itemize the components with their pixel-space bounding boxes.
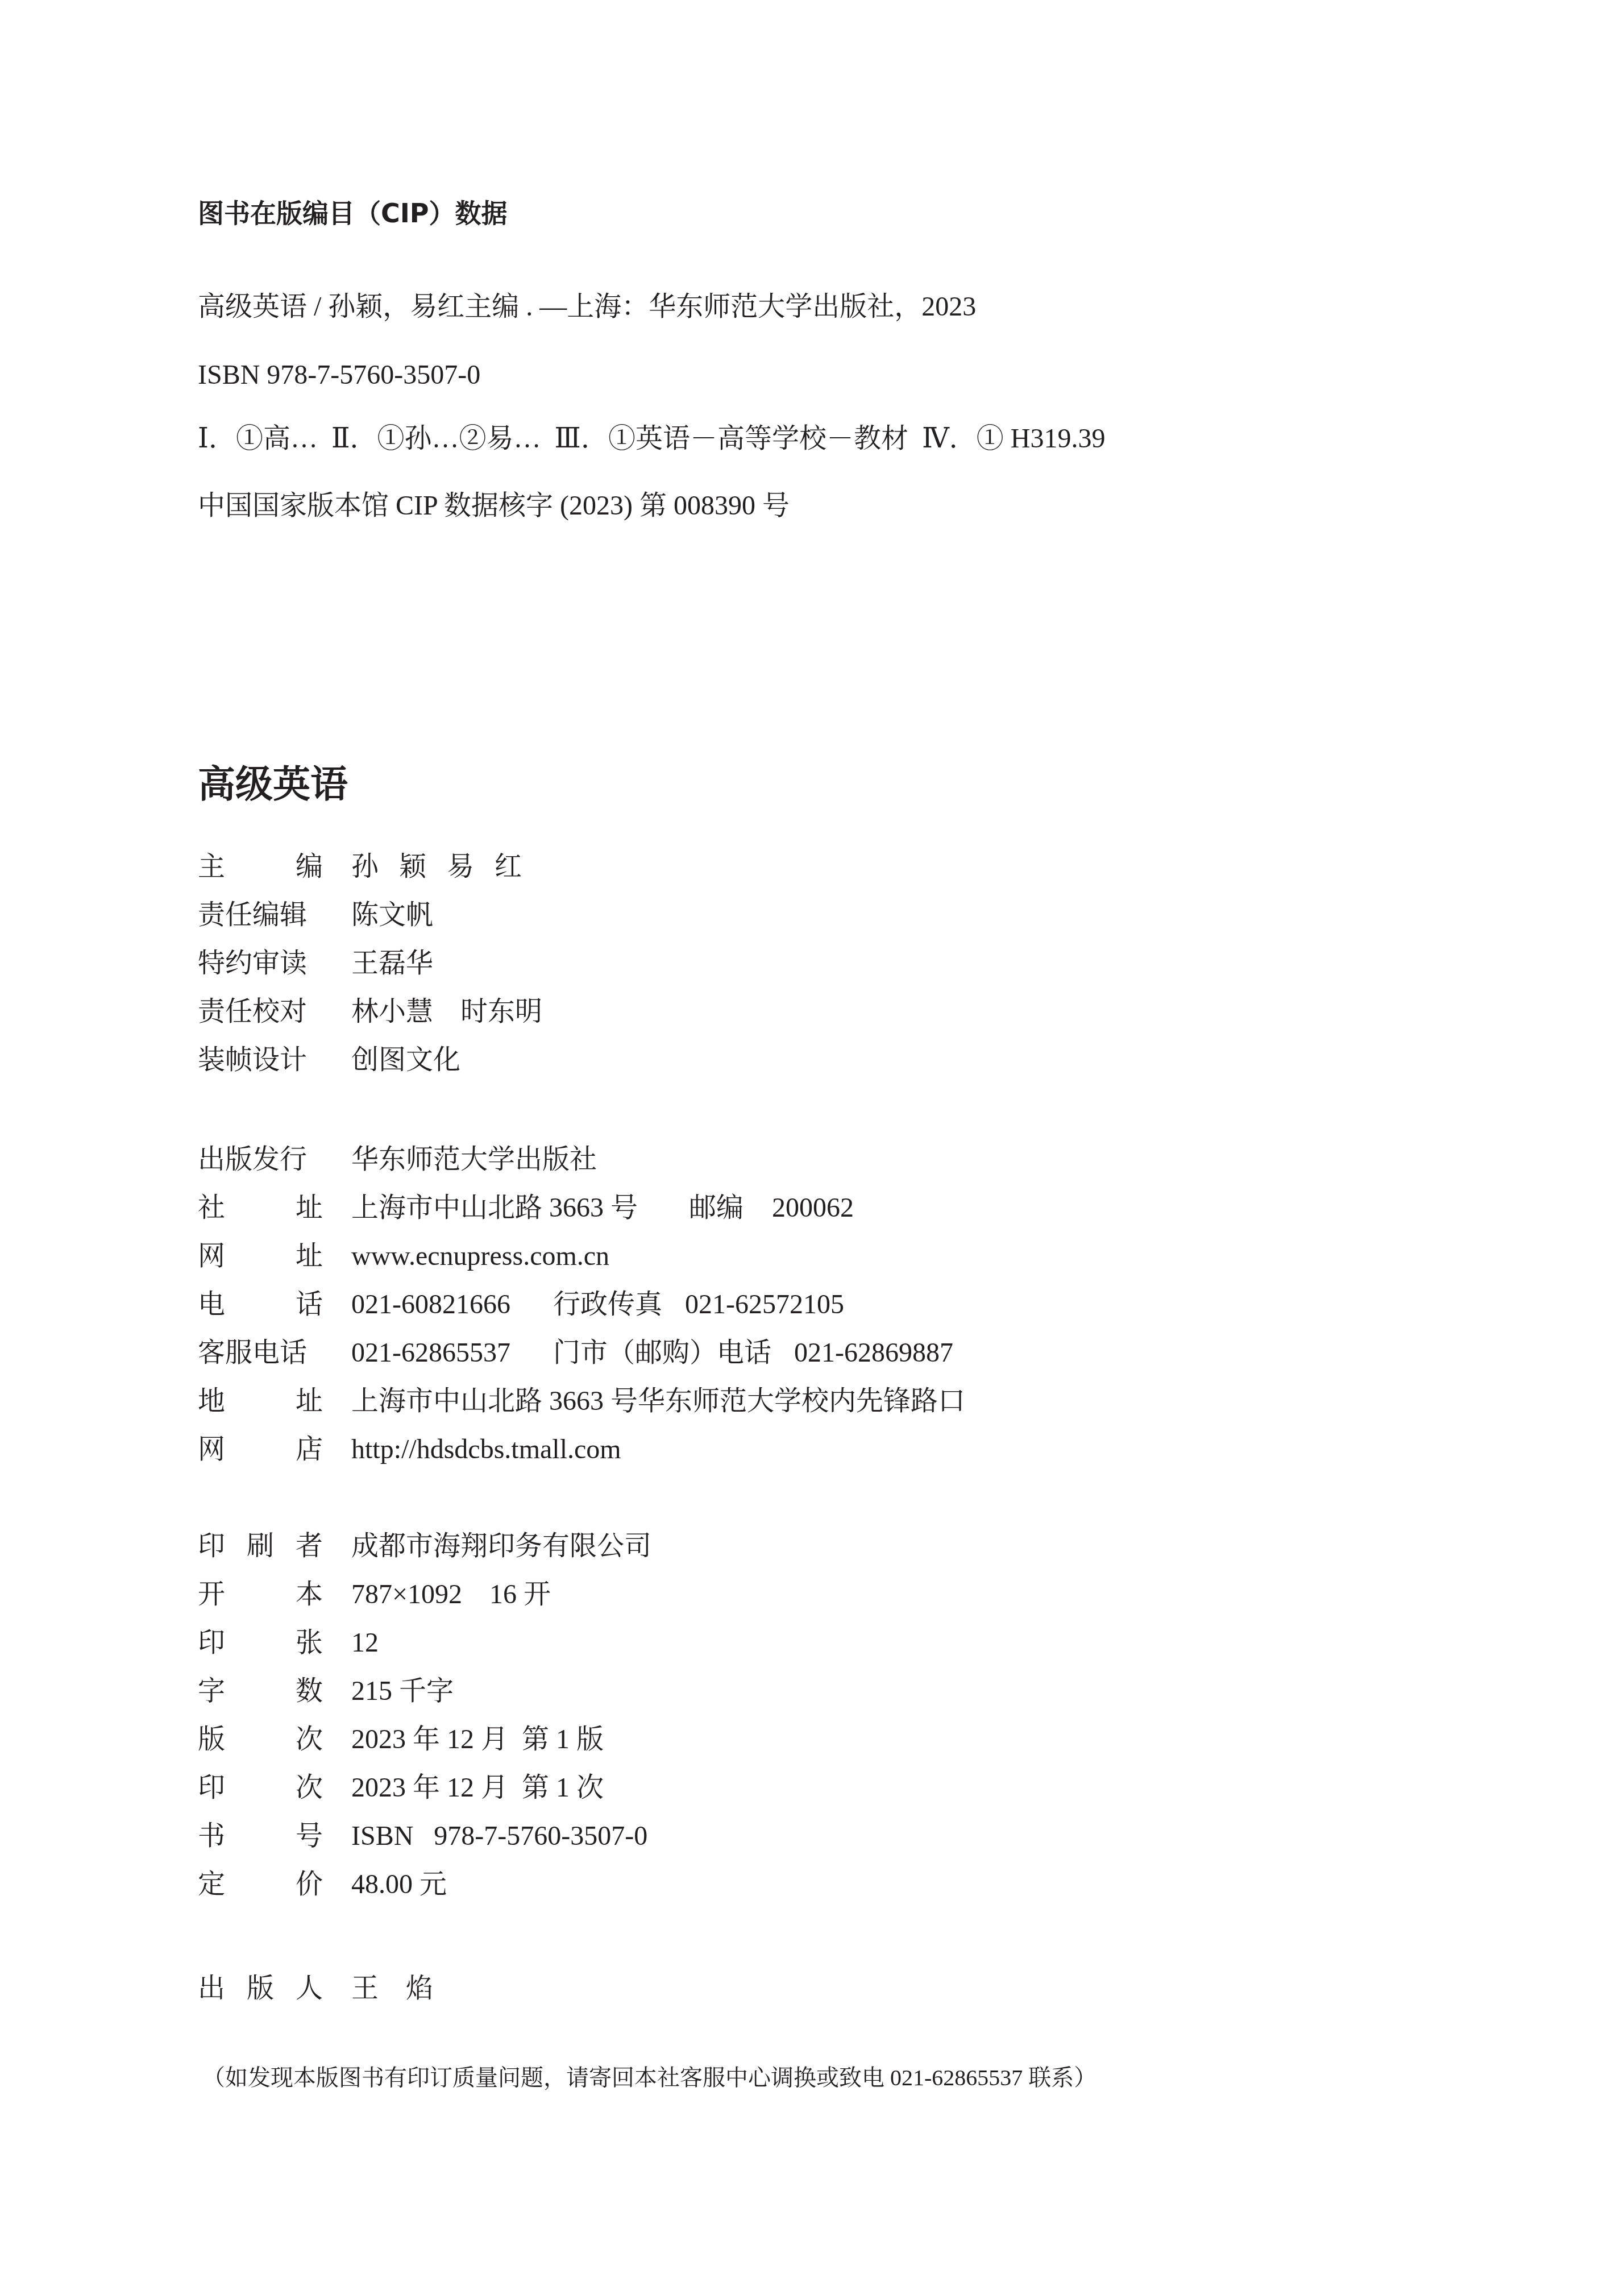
print-value: 48.00 元 — [351, 1868, 447, 1902]
publisher-row-online-store: 网 店 http://hdsdcbs.tmall.com — [198, 1433, 621, 1467]
print-value: 2023 年 12 月 第 1 次 — [351, 1771, 604, 1805]
publisher-value: 021-62865537 门市（邮购）电话 021-62869887 — [351, 1336, 953, 1370]
label-char: 印 — [198, 1529, 225, 1563]
label-char: 网 — [198, 1239, 225, 1273]
label-char: 书 — [198, 1819, 225, 1853]
label-char: 址 — [296, 1239, 323, 1273]
print-row-sheets: 印 张 12 — [198, 1626, 379, 1660]
label-char: 开 — [198, 1578, 225, 1612]
label-char: 印 — [198, 1771, 225, 1805]
print-row-printer: 印 刷 者 成都市海翔印务有限公司 — [198, 1529, 651, 1563]
label-char: 刷 — [247, 1529, 274, 1563]
print-value: ISBN 978-7-5760-3507-0 — [351, 1819, 647, 1853]
address-text: 上海市中山北路 3663 号 — [351, 1191, 638, 1225]
credit-row-responsible-editor: 责任编辑 陈文帆 — [198, 898, 433, 932]
print-value: 215 千字 — [351, 1674, 454, 1708]
credit-name: 林小慧 — [351, 995, 433, 1029]
credit-value: 林小慧 时东明 — [351, 995, 542, 1029]
print-label: 印 张 — [198, 1626, 323, 1660]
label-char: 本 — [296, 1578, 323, 1612]
publisher-value: 上海市中山北路 3663 号 邮编 200062 — [351, 1191, 854, 1225]
credit-row-special-reviewer: 特约审读 王磊华 — [198, 947, 433, 981]
label-char: 编 — [296, 850, 323, 884]
print-row-impression: 印 次 2023 年 12 月 第 1 次 — [198, 1771, 604, 1805]
quality-notice-footnote: （如发现本版图书有印订质量问题，请寄回本社客服中心调换或致电 021-62865… — [202, 2064, 1096, 2092]
label-char: 者 — [296, 1529, 323, 1563]
credit-name: 陈文帆 — [351, 898, 433, 932]
retail-phone-number: 021-62869887 — [794, 1336, 953, 1370]
publisher-label: 网 店 — [198, 1433, 323, 1467]
print-value: 成都市海翔印务有限公司 — [351, 1529, 651, 1563]
publisher-person-row: 出 版 人 王 焰 — [198, 1972, 433, 2006]
print-label: 版 次 — [198, 1723, 323, 1757]
print-label: 字 数 — [198, 1674, 323, 1708]
fax-label: 行政传真 — [553, 1288, 662, 1322]
credit-label: 特约审读 — [198, 947, 323, 981]
label-char: 张 — [296, 1626, 323, 1660]
fold-format: 16 开 — [489, 1578, 551, 1612]
publisher-label: 地 址 — [198, 1384, 323, 1418]
cip-record-line: 高级英语 / 孙颖，易红主编 . —上海：华东师范大学出版社，2023 — [198, 290, 976, 324]
cip-isbn-line: ISBN 978-7-5760-3507-0 — [198, 358, 480, 392]
publisher-value: 上海市中山北路 3663 号华东师范大学校内先锋路口 — [351, 1384, 965, 1418]
label-char: 主 — [198, 850, 225, 884]
fax-number: 021-62572105 — [685, 1288, 844, 1322]
publisher-row-location: 地 址 上海市中山北路 3663 号华东师范大学校内先锋路口 — [198, 1384, 965, 1418]
service-phone-number: 021-62865537 — [351, 1336, 510, 1370]
print-row-isbn: 书 号 ISBN 978-7-5760-3507-0 — [198, 1819, 647, 1853]
book-title: 高级英语 — [198, 762, 348, 807]
label-char: 印 — [198, 1626, 225, 1660]
credit-row-binding-design: 装帧设计 创图文化 — [198, 1043, 460, 1077]
print-row-word-count: 字 数 215 千字 — [198, 1674, 454, 1708]
label-char: 号 — [296, 1819, 323, 1853]
credit-name: 时东明 — [460, 995, 542, 1029]
publisher-row-customer-service: 客服电话 021-62865537 门市（邮购）电话 021-62869887 — [198, 1336, 953, 1370]
postcode-value: 200062 — [772, 1191, 854, 1225]
credit-label: 责任校对 — [198, 995, 323, 1029]
cip-heading: 图书在版编目（CIP）数据 — [198, 196, 508, 230]
publisher-label: 网 址 — [198, 1239, 323, 1273]
cip-library-record-line: 中国国家版本馆 CIP 数据核字 (2023) 第 008390 号 — [198, 489, 790, 523]
publisher-value: 021-60821666 行政传真 021-62572105 — [351, 1288, 844, 1322]
credit-row-chief-editor: 主 编 孙 颖 易 红 — [198, 850, 522, 884]
publisher-row-phone: 电 话 021-60821666 行政传真 021-62572105 — [198, 1288, 844, 1322]
label-char: 电 — [198, 1288, 225, 1322]
print-row-format: 开 本 787×1092 16 开 — [198, 1578, 551, 1612]
label-char: 价 — [296, 1868, 323, 1902]
website-link[interactable]: www.ecnupress.com.cn — [351, 1239, 609, 1273]
label-char: 出 — [198, 1972, 225, 2006]
print-row-edition: 版 次 2023 年 12 月 第 1 版 — [198, 1723, 604, 1757]
print-value: 787×1092 16 开 — [351, 1578, 551, 1612]
print-row-price: 定 价 48.00 元 — [198, 1868, 447, 1902]
name-char: 王 — [351, 1972, 379, 2006]
credit-value: 创图文化 — [351, 1043, 460, 1077]
label-char: 址 — [296, 1191, 323, 1225]
credit-value: 孙 颖 易 红 — [351, 850, 522, 884]
print-value: 12 — [351, 1626, 379, 1660]
print-value: 2023 年 12 月 第 1 版 — [351, 1723, 604, 1757]
credit-value: 王磊华 — [351, 947, 433, 981]
publisher-row-distributor: 出版发行 华东师范大学出版社 — [198, 1143, 597, 1177]
credit-label: 主 编 — [198, 850, 323, 884]
label-char: 店 — [296, 1433, 323, 1467]
print-label: 定 价 — [198, 1868, 323, 1902]
label-char: 社 — [198, 1191, 225, 1225]
label-char: 网 — [198, 1433, 225, 1467]
label-char: 字 — [198, 1674, 225, 1708]
credit-label: 责任编辑 — [198, 898, 323, 932]
publisher-person-name: 王 焰 — [351, 1972, 433, 2006]
phone-number: 021-60821666 — [351, 1288, 510, 1322]
credit-row-proofreaders: 责任校对 林小慧 时东明 — [198, 995, 542, 1029]
label-char: 地 — [198, 1384, 225, 1418]
cip-classification-line: Ⅰ．①高… Ⅱ．①孙…②易… Ⅲ．①英语－高等学校－教材 Ⅳ．① H319.39 — [198, 422, 1106, 456]
publisher-label: 客服电话 — [198, 1336, 323, 1370]
postcode-label: 邮编 — [689, 1191, 744, 1225]
label-char: 定 — [198, 1868, 225, 1902]
label-char: 话 — [296, 1288, 323, 1322]
publisher-label: 出版发行 — [198, 1143, 323, 1177]
publisher-person-label: 出 版 人 — [198, 1972, 323, 2006]
label-char: 人 — [296, 1972, 323, 2006]
label-char: 数 — [296, 1674, 323, 1708]
publisher-row-address: 社 址 上海市中山北路 3663 号 邮编 200062 — [198, 1191, 854, 1225]
online-store-link[interactable]: http://hdsdcbs.tmall.com — [351, 1433, 621, 1467]
print-label: 开 本 — [198, 1578, 323, 1612]
publisher-label: 社 址 — [198, 1191, 323, 1225]
retail-phone-label: 门市（邮购）电话 — [553, 1336, 771, 1370]
print-label: 书 号 — [198, 1819, 323, 1853]
credit-value: 陈文帆 — [351, 898, 433, 932]
label-char: 次 — [296, 1723, 323, 1757]
publisher-label: 电 话 — [198, 1288, 323, 1322]
credit-label: 装帧设计 — [198, 1043, 323, 1077]
credit-name: 王磊华 — [351, 947, 433, 981]
label-char: 次 — [296, 1771, 323, 1805]
label-char: 址 — [296, 1384, 323, 1418]
publisher-row-website: 网 址 www.ecnupress.com.cn — [198, 1239, 609, 1273]
publisher-value: 华东师范大学出版社 — [351, 1143, 597, 1177]
print-label: 印 次 — [198, 1771, 323, 1805]
print-label: 印 刷 者 — [198, 1529, 323, 1563]
label-char: 版 — [247, 1972, 274, 2006]
label-char: 版 — [198, 1723, 225, 1757]
name-char: 焰 — [406, 1972, 433, 2006]
paper-size: 787×1092 — [351, 1578, 462, 1612]
credit-name: 创图文化 — [351, 1043, 460, 1077]
